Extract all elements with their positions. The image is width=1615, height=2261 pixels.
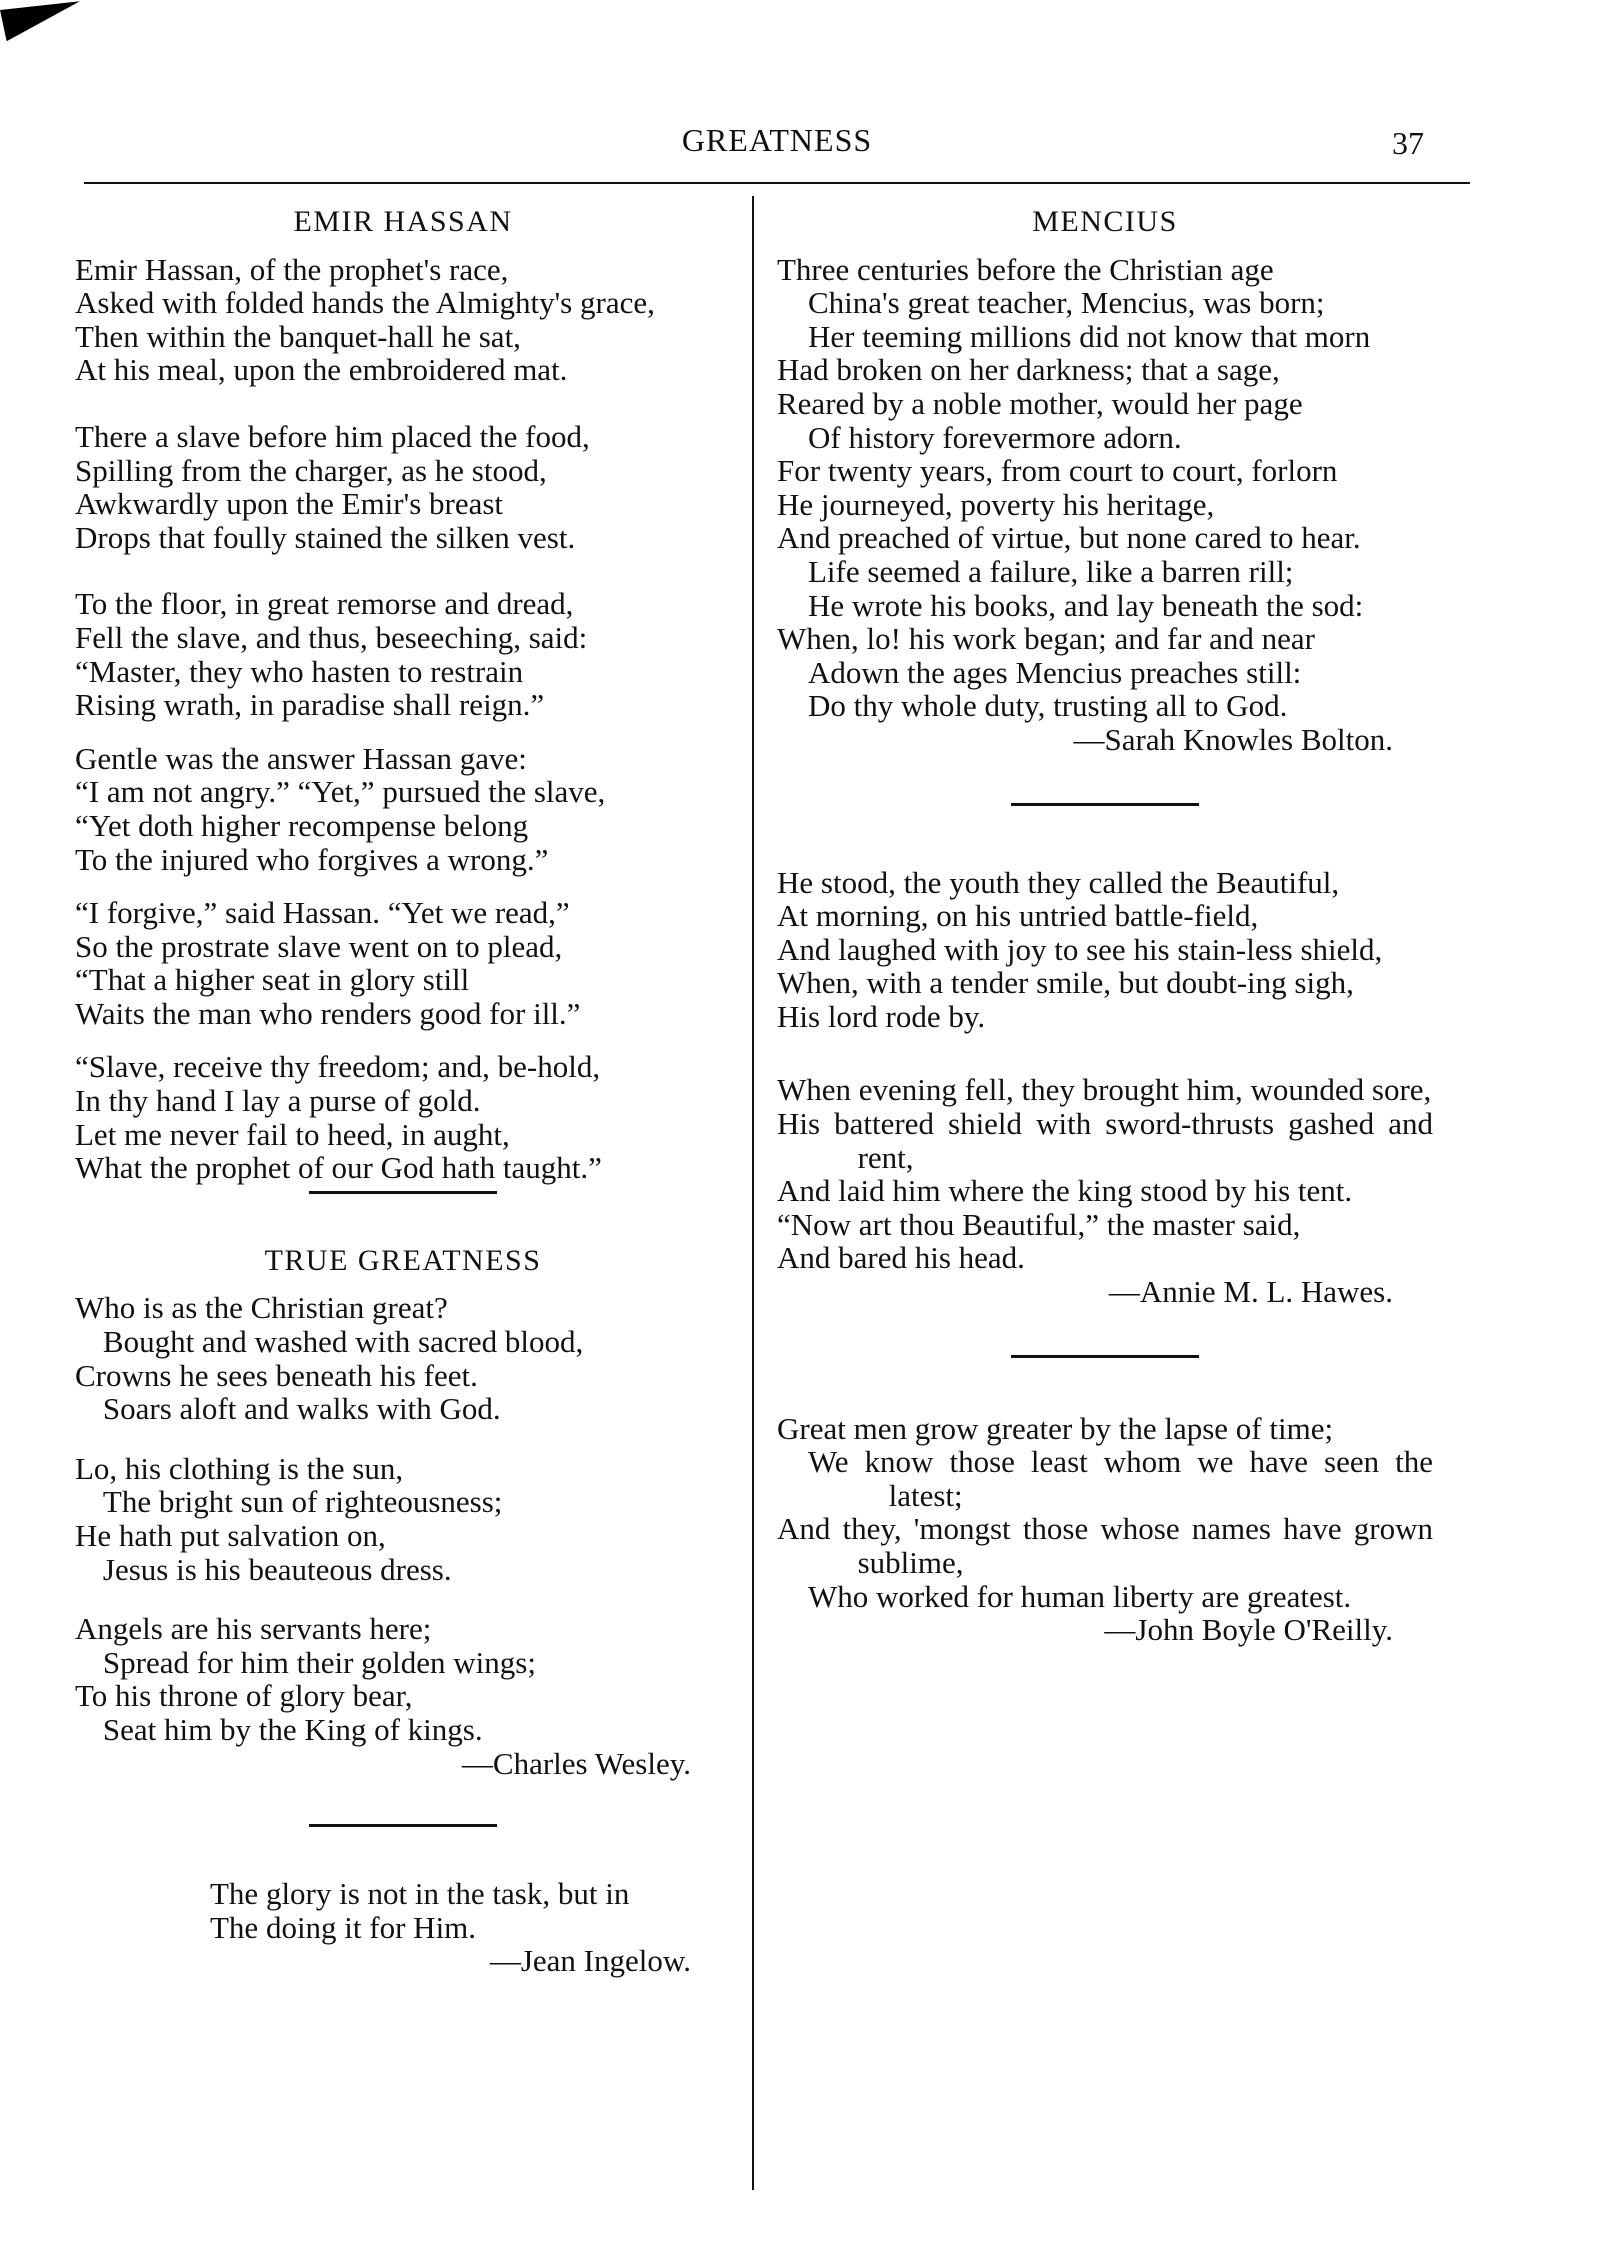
quote-line: The glory is not in the task, but in (210, 1877, 731, 1911)
verse-line: And laughed with joy to see his stain-le… (777, 933, 1433, 967)
verse-line: Reared by a noble mother, would her page (777, 387, 1433, 421)
verse-line: When, lo! his work began; and far and ne… (777, 622, 1433, 656)
verse-line: Waits the man who renders good for ill.” (75, 997, 731, 1031)
verse-line: His lord rode by. (777, 1000, 1433, 1034)
section-separator (309, 1191, 497, 1194)
verse-line: Lo, his clothing is the sun, (75, 1452, 731, 1486)
verse-line: And they, 'mongst those whose names have… (777, 1512, 1433, 1579)
verse-line: Awkwardly upon the Emir's breast (75, 487, 731, 521)
left-column: EMIR HASSAN Emir Hassan, of the prophet'… (75, 205, 731, 1978)
verse-line: To the floor, in great remorse and dread… (75, 587, 731, 621)
verse-line: “I am not angry.” “Yet,” pursued the sla… (75, 775, 731, 809)
verse-line: Spilling from the charger, as he stood, (75, 454, 731, 488)
verse-line: For twenty years, from court to court, f… (777, 454, 1433, 488)
stanza: Great men grow greater by the lapse of t… (777, 1412, 1433, 1614)
section-separator (1011, 1355, 1199, 1358)
verse-line: Jesus is his beauteous dress. (75, 1553, 731, 1587)
stanza: There a slave before him placed the food… (75, 420, 731, 554)
attribution-jean-ingelow: —Jean Ingelow. (75, 1944, 731, 1978)
attribution-charles-wesley: —Charles Wesley. (75, 1747, 731, 1781)
verse-line: In thy hand I lay a purse of gold. (75, 1084, 731, 1118)
verse-line: Life seemed a failure, like a barren ril… (777, 555, 1433, 589)
verse-line: “Master, they who hasten to restrain (75, 655, 731, 689)
header-rule (84, 182, 1470, 184)
section-separator (309, 1824, 497, 1827)
column-divider (752, 196, 754, 2190)
verse-line: We know those least whom we have seen th… (777, 1445, 1433, 1512)
verse-line: Crowns he sees beneath his feet. (75, 1359, 731, 1393)
verse-line: Asked with folded hands the Almighty's g… (75, 286, 731, 320)
stanza: “I forgive,” said Hassan. “Yet we read,”… (75, 896, 731, 1030)
verse-line: Who is as the Christian great? (75, 1291, 731, 1325)
verse-line: And preached of virtue, but none cared t… (777, 521, 1433, 555)
verse-line: Do thy whole duty, trusting all to God. (777, 689, 1433, 723)
attribution-annie-hawes: —Annie M. L. Hawes. (777, 1275, 1433, 1309)
poem-title-mencius: MENCIUS (777, 205, 1433, 239)
quote-line: The doing it for Him. (210, 1911, 731, 1945)
verse-line: To his throne of glory bear, (75, 1679, 731, 1713)
verse-line: Who worked for human liberty are greates… (777, 1580, 1433, 1614)
verse-line: He wrote his books, and lay beneath the … (777, 589, 1433, 623)
verse-line: When, with a tender smile, but doubt-ing… (777, 966, 1433, 1000)
stanza: Lo, his clothing is the sun, The bright … (75, 1452, 731, 1586)
verse-line: Let me never fail to heed, in aught, (75, 1118, 731, 1152)
stanza: He stood, the youth they called the Beau… (777, 866, 1433, 1034)
verse-line: Had broken on her darkness; that a sage, (777, 353, 1433, 387)
stanza: Who is as the Christian great? Bought an… (75, 1291, 731, 1425)
verse-line: At morning, on his untried battle-field, (777, 899, 1433, 933)
verse-line: To the injured who forgives a wrong.” (75, 843, 731, 877)
verse-line: Gentle was the answer Hassan gave: (75, 742, 731, 776)
stanza: Gentle was the answer Hassan gave: “I am… (75, 742, 731, 876)
verse-line: Angels are his servants here; (75, 1612, 731, 1646)
verse-line: Of history forevermore adorn. (777, 421, 1433, 455)
sonnet: Three centuries before the Christian age… (777, 253, 1433, 723)
verse-line: Spread for him their golden wings; (75, 1646, 731, 1680)
verse-line: And bared his head. (777, 1241, 1433, 1275)
verse-line: At his meal, upon the embroidered mat. (75, 353, 731, 387)
verse-line: Seat him by the King of kings. (75, 1713, 731, 1747)
verse-line: China's great teacher, Mencius, was born… (777, 286, 1433, 320)
verse-line: So the prostrate slave went on to plead, (75, 930, 731, 964)
right-column: MENCIUS Three centuries before the Chris… (777, 205, 1433, 1647)
verse-line: Fell the slave, and thus, beseeching, sa… (75, 621, 731, 655)
quote-ingelow: The glory is not in the task, but in The… (75, 1877, 731, 1944)
verse-line: What the prophet of our God hath taught.… (75, 1151, 731, 1185)
verse-line: When evening fell, they brought him, wou… (777, 1073, 1433, 1107)
verse-line: Soars aloft and walks with God. (75, 1392, 731, 1426)
scan-artifact (0, 0, 85, 41)
verse-line: Three centuries before the Christian age (777, 253, 1433, 287)
verse-line: His battered shield with sword-thrusts g… (777, 1107, 1433, 1174)
verse-line: Great men grow greater by the lapse of t… (777, 1412, 1433, 1446)
verse-line: The bright sun of righteousness; (75, 1485, 731, 1519)
verse-line: Emir Hassan, of the prophet's race, (75, 253, 731, 287)
attribution-sarah-knowles-bolton: —Sarah Knowles Bolton. (777, 723, 1433, 757)
verse-line: Drops that foully stained the silken ves… (75, 521, 731, 555)
verse-line: He hath put salvation on, (75, 1519, 731, 1553)
stanza: To the floor, in great remorse and dread… (75, 587, 731, 721)
poem-title-true-greatness: TRUE GREATNESS (75, 1244, 731, 1278)
verse-line: “Yet doth higher recompense belong (75, 809, 731, 843)
verse-line: He journeyed, poverty his heritage, (777, 488, 1433, 522)
verse-line: He stood, the youth they called the Beau… (777, 866, 1433, 900)
poem-title-emir-hassan: EMIR HASSAN (75, 205, 731, 239)
stanza: “Slave, receive thy freedom; and, be-hol… (75, 1050, 731, 1184)
running-title: GREATNESS (84, 122, 1470, 159)
stanza: When evening fell, they brought him, wou… (777, 1073, 1433, 1275)
stanza: Emir Hassan, of the prophet's race, Aske… (75, 253, 731, 387)
verse-line: Rising wrath, in paradise shall reign.” (75, 688, 731, 722)
stanza: Angels are his servants here; Spread for… (75, 1612, 731, 1746)
verse-line: Adown the ages Mencius preaches still: (777, 656, 1433, 690)
section-separator (1011, 803, 1199, 806)
verse-line: And laid him where the king stood by his… (777, 1174, 1433, 1208)
verse-line: Bought and washed with sacred blood, (75, 1325, 731, 1359)
verse-line: Then within the banquet-hall he sat, (75, 320, 731, 354)
verse-line: “Slave, receive thy freedom; and, be-hol… (75, 1050, 731, 1084)
attribution-john-boyle-oreilly: —John Boyle O'Reilly. (777, 1613, 1433, 1647)
verse-line: “That a higher seat in glory still (75, 963, 731, 997)
verse-line: “I forgive,” said Hassan. “Yet we read,” (75, 896, 731, 930)
verse-line: “Now art thou Beautiful,” the master sai… (777, 1208, 1433, 1242)
verse-line: Her teeming millions did not know that m… (777, 320, 1433, 354)
page-number: 37 (1392, 125, 1424, 162)
verse-line: There a slave before him placed the food… (75, 420, 731, 454)
